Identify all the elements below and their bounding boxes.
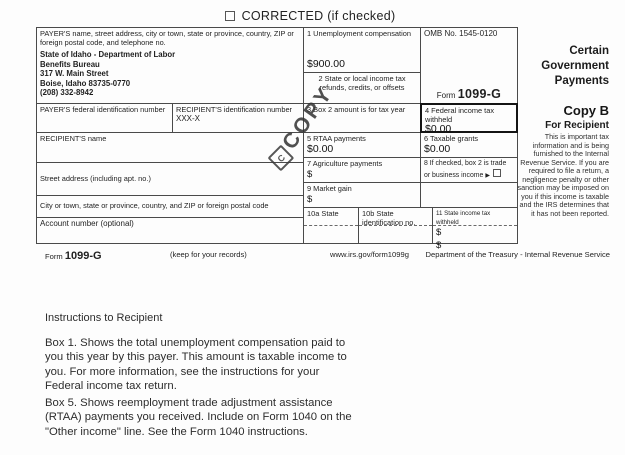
corrected-header: CORRECTED (if checked) — [150, 9, 470, 23]
footer-department: Department of the Treasury - Internal Re… — [420, 250, 610, 259]
box1-label: 1 Unemployment compensation — [307, 30, 417, 39]
box10a-label: 10a State — [307, 210, 355, 219]
box9-value: $ — [307, 194, 417, 205]
box6-taxable-grants: 6 Taxable grants $0.00 — [420, 132, 518, 158]
box11-state-tax-withheld: 11 State income tax withheld $ $ — [432, 207, 518, 244]
instructions-box1-paragraph: Box 1. Shows the total unemployment comp… — [45, 336, 353, 393]
payer-address-line: Benefits Bureau — [40, 60, 300, 70]
box6-value: $0.00 — [424, 144, 514, 155]
form-title: Certain Government Payments — [505, 44, 609, 89]
form-word: Form — [437, 91, 456, 100]
box5-rtaa-payments: 5 RTAA payments $0.00 — [303, 132, 421, 158]
box3-label: 3 Box 2 amount is for tax year — [307, 106, 417, 115]
recipient-name-box: RECIPIENT'S name — [36, 132, 304, 163]
recipient-id-value: XXX-X — [176, 115, 300, 124]
for-recipient-label: For Recipient — [505, 120, 609, 131]
recipient-notice: This is important tax information and is… — [514, 133, 609, 218]
box11-value1: $ — [436, 227, 514, 238]
corrected-label: CORRECTED (if checked) — [242, 9, 396, 23]
payer-label: PAYER'S name, street address, city or to… — [40, 30, 300, 47]
account-number-box: Account number (optional) — [36, 217, 304, 244]
box10b-state-id: 10b State identification no. — [358, 207, 433, 244]
payer-address-line: Boise, Idaho 83735-0770 — [40, 79, 300, 89]
box10a-state: 10a State — [303, 207, 359, 244]
box9-market-gain: 9 Market gain $ — [303, 182, 421, 208]
box7-agriculture-payments: 7 Agriculture payments $ — [303, 157, 421, 183]
omb-box: OMB No. 1545-0120 Form 1099-G — [420, 27, 518, 104]
city-label: City or town, state or province, country… — [40, 202, 300, 211]
footer-keep-note: (keep for your records) — [170, 250, 247, 259]
recipient-name-label: RECIPIENT'S name — [40, 135, 300, 144]
box8-arrow-icon: ▶ — [485, 173, 490, 179]
form-1099g-scan: CORRECTED (if checked) PAYER'S name, str… — [0, 0, 625, 455]
payer-federal-id-label: PAYER'S federal identification number — [40, 106, 169, 115]
instructions-box5-paragraph: Box 5. Shows reemployment trade adjustme… — [45, 396, 353, 439]
box2-label: 2 State or local income tax refunds, cre… — [307, 75, 417, 92]
footer-form-word: Form — [45, 252, 63, 261]
box7-value: $ — [307, 169, 417, 180]
corrected-checkbox — [225, 11, 235, 21]
box9-label: 9 Market gain — [307, 185, 417, 194]
payer-federal-id-box: PAYER'S federal identification number — [36, 103, 173, 133]
instructions-title: Instructions to Recipient — [45, 312, 162, 324]
box8-trade-business: 8 If checked, box 2 is trade or business… — [420, 157, 518, 183]
street-address-box: Street address (including apt. no.) — [36, 162, 304, 196]
payer-address-line: 317 W. Main Street — [40, 69, 300, 79]
box4-federal-tax-withheld: 4 Federal income tax withheld $0.00 — [420, 103, 518, 133]
street-address-label: Street address (including apt. no.) — [40, 175, 300, 184]
box4-value: $0.00 — [425, 124, 513, 135]
box1-unemployment-compensation: 1 Unemployment compensation $900.00 — [303, 27, 421, 73]
box1-value: $900.00 — [307, 59, 417, 70]
box7-label: 7 Agriculture payments — [307, 160, 417, 169]
footer-form-number-value: 1099-G — [65, 250, 102, 262]
payer-box: PAYER'S name, street address, city or to… — [36, 27, 304, 104]
city-box: City or town, state or province, country… — [36, 195, 304, 218]
omb-label: OMB No. 1545-0120 — [424, 30, 514, 39]
divider — [433, 225, 517, 226]
footer-irs-url: www.irs.gov/form1099g — [330, 250, 409, 259]
box2-state-refunds: 2 State or local income tax refunds, cre… — [303, 72, 421, 104]
footer-form-number: Form 1099-G — [45, 250, 102, 262]
box4-label: 4 Federal income tax withheld — [425, 107, 513, 124]
box8-label: 8 If checked, box 2 is trade or business… — [424, 160, 514, 180]
payer-name: State of Idaho - Department of Labor — [40, 50, 300, 60]
copy-b-label: Copy B — [505, 103, 609, 118]
box5-value: $0.00 — [307, 144, 417, 155]
form-number: 1099-G — [458, 87, 502, 101]
divider — [359, 225, 432, 226]
box3-tax-year: 3 Box 2 amount is for tax year — [303, 103, 421, 133]
divider — [304, 225, 358, 226]
form-number-box: Form 1099-G — [424, 90, 514, 101]
box8-checkbox — [493, 169, 501, 177]
payer-phone: (208) 332-8942 — [40, 88, 300, 98]
recipient-id-box: RECIPIENT'S identification number XXX-X — [172, 103, 304, 133]
blank-cell — [420, 182, 518, 208]
account-number-label: Account number (optional) — [40, 220, 300, 229]
